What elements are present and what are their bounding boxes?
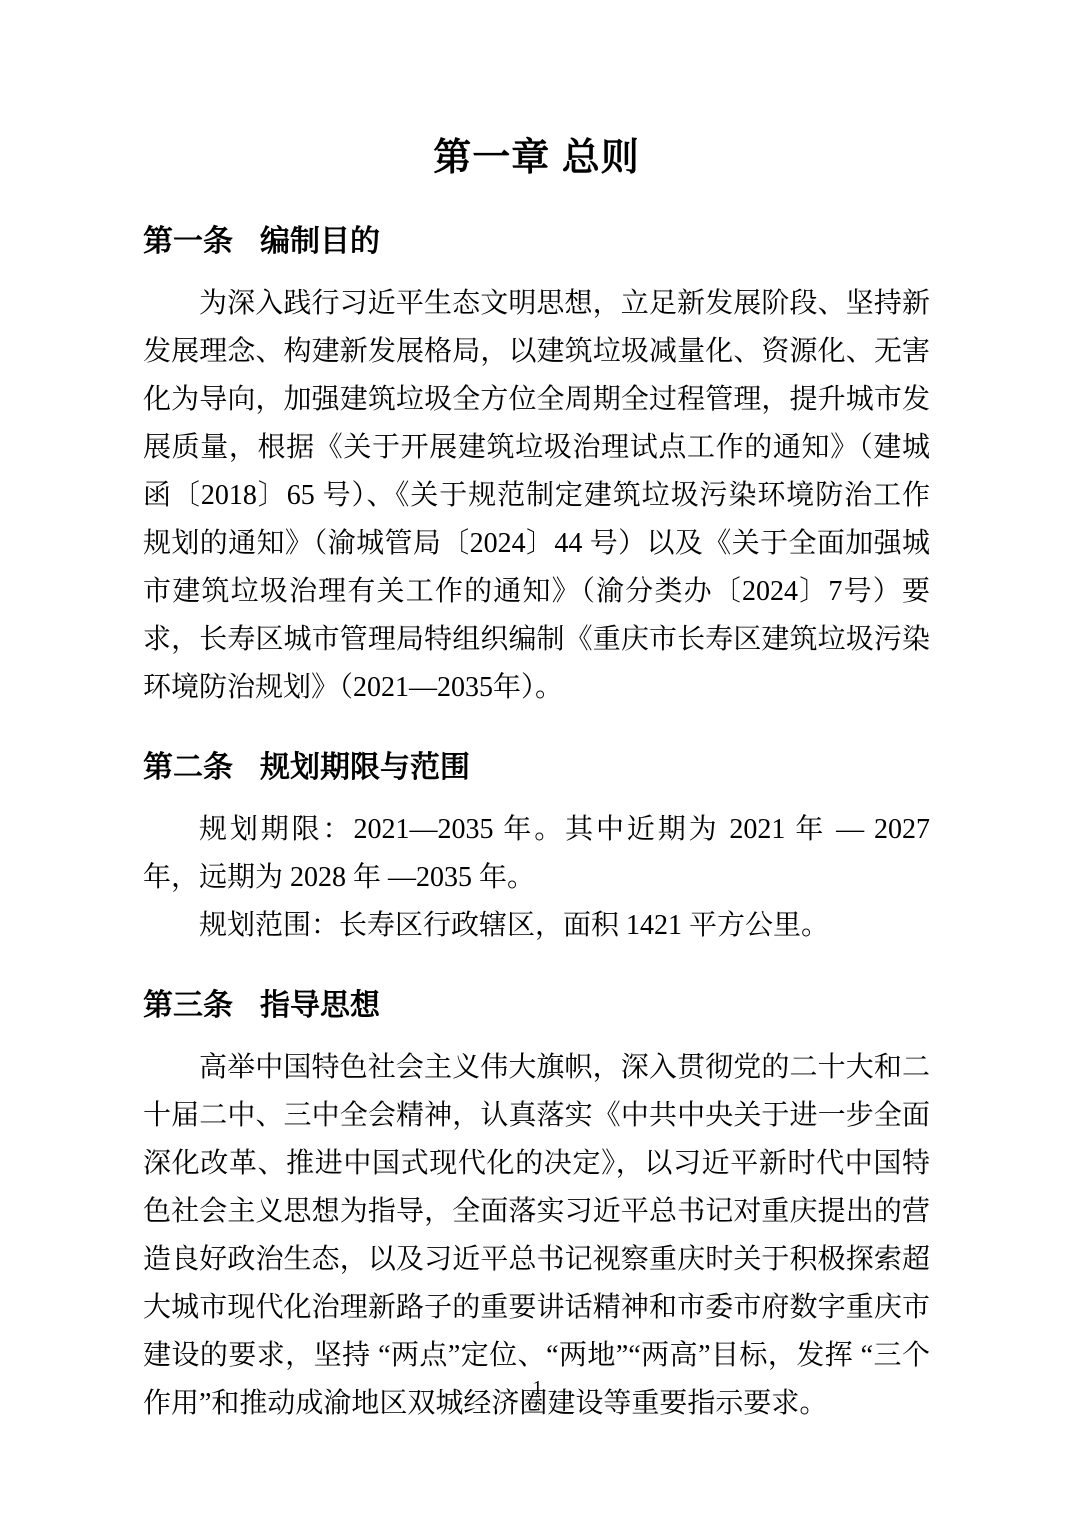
article-2-paragraph-2: 规划范围：长寿区行政辖区，面积 1421 平方公里。: [143, 902, 930, 950]
article-3: 第三条指导思想 高举中国特色社会主义伟大旗帜，深入贯彻党的二十大和二十届二中、三…: [143, 984, 930, 1428]
article-1-paragraph: 为深入践行习近平生态文明思想，立足新发展阶段、坚持新发展理念、构建新发展格局，以…: [143, 280, 930, 712]
article-2: 第二条规划期限与范围 规划期限：2021—2035 年。其中近期为 2021 年…: [143, 746, 930, 950]
article-3-heading: 第三条指导思想: [143, 984, 930, 1028]
article-1: 第一条编制目的 为深入践行习近平生态文明思想，立足新发展阶段、坚持新发展理念、构…: [143, 220, 930, 712]
document-page: 第一章 总则 第一条编制目的 为深入践行习近平生态文明思想，立足新发展阶段、坚持…: [0, 0, 1075, 1520]
article-3-paragraph: 高举中国特色社会主义伟大旗帜，深入贯彻党的二十大和二十届二中、三中全会精神，认真…: [143, 1044, 930, 1428]
page-number: 1: [0, 1374, 1075, 1402]
article-1-title: 编制目的: [260, 225, 380, 258]
article-3-title: 指导思想: [260, 989, 380, 1022]
article-1-number: 第一条: [143, 225, 233, 258]
article-2-number: 第二条: [143, 751, 233, 784]
article-2-heading: 第二条规划期限与范围: [143, 746, 930, 790]
chapter-title: 第一章 总则: [143, 130, 930, 186]
article-2-title: 规划期限与范围: [260, 751, 470, 784]
article-3-number: 第三条: [143, 989, 233, 1022]
article-2-paragraph-1: 规划期限：2021—2035 年。其中近期为 2021 年 — 2027 年，远…: [143, 806, 930, 902]
article-1-heading: 第一条编制目的: [143, 220, 930, 264]
